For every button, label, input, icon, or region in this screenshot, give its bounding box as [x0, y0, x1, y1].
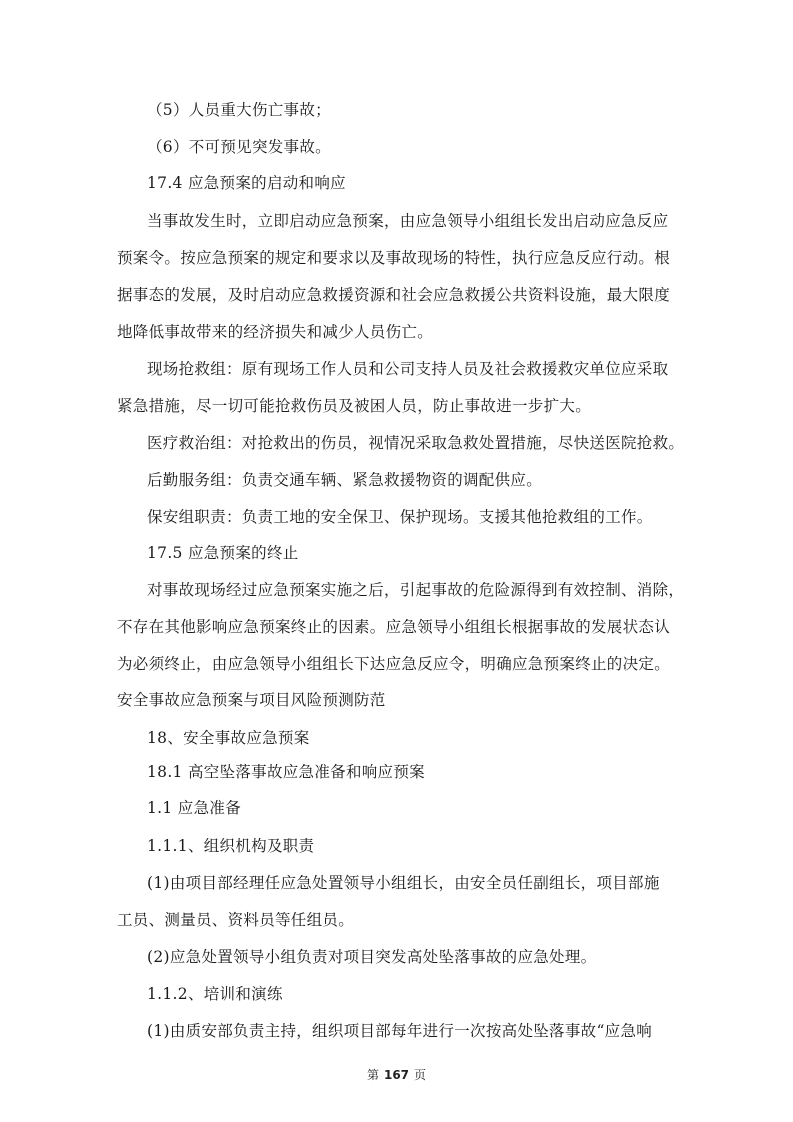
heading-1-1-2: 1.1.2、培训和演练 [147, 984, 283, 1004]
paragraph-line: (1)由质安部负责主持，组织项目部每年进行一次按高处坠落事故“应急响 [147, 1021, 652, 1041]
paragraph-line: 工员、测量员、资料员等任组员。 [117, 910, 354, 930]
page-footer: 第167页 [0, 1066, 793, 1083]
heading-18-1: 18.1 高空坠落事故应急准备和响应预案 [147, 762, 425, 782]
paragraph-line: (2)应急处置领导小组负责对项目突发高处坠落事故的应急处理。 [147, 947, 596, 967]
paragraph-line: 医疗救治组：对抢救出的伤员，视情况采取急救处置措施，尽快送医院抢救。 [147, 433, 684, 453]
heading-17-4: 17.4 应急预案的启动和响应 [147, 173, 346, 193]
paragraph-line: 地降低事故带来的经济损失和减少人员伤亡。 [117, 322, 433, 342]
paragraph-line: 对事故现场经过应急预案实施之后，引起事故的危险源得到有效控制、消除， [147, 580, 684, 600]
paragraph-line: 安全事故应急预案与项目风险预测防范 [117, 690, 386, 710]
paragraph-line: 当事故发生时，立即启动应急预案，由应急领导小组组长发出启动应急反应 [147, 211, 668, 231]
heading-1-1-1: 1.1.1、组织机构及职责 [147, 836, 314, 856]
heading-1-1: 1.1 应急准备 [147, 798, 241, 818]
line-1: （6）不可预见突发事故。 [147, 137, 331, 157]
paragraph-line: 后勤服务组：负责交通车辆、紧急救援物资的调配供应。 [147, 470, 542, 490]
page-number: 167 [384, 1068, 409, 1082]
paragraph-line: 预案令。按应急预案的规定和要求以及事故现场的特性，执行应急反应行动。根 [117, 248, 670, 268]
paragraph-line: 紧急措施，尽一切可能抢救伤员及被困人员，防止事故进一步扩大。 [117, 396, 591, 416]
footer-suffix: 页 [414, 1068, 426, 1082]
paragraph-line: 保安组职责：负责工地的安全保卫、保护现场。支援其他抢救组的工作。 [147, 507, 653, 527]
document-page: （5）人员重大伤亡事故； （6）不可预见突发事故。 17.4 应急预案的启动和响… [0, 0, 793, 1122]
paragraph-line: 据事态的发展，及时启动应急救援资源和社会应急救援公共资料设施，最大限度 [117, 285, 670, 305]
paragraph-line: 为必须终止，由应急领导小组组长下达应急反应令，明确应急预案终止的决定。 [117, 654, 670, 674]
heading-18: 18、安全事故应急预案 [147, 728, 310, 748]
footer-prefix: 第 [367, 1068, 379, 1082]
heading-17-5: 17.5 应急预案的终止 [147, 543, 299, 563]
paragraph-line: 现场抢救组：原有现场工作人员和公司支持人员及社会救援救灾单位应采取 [147, 359, 668, 379]
paragraph-line: 不存在其他影响应急预案终止的因素。应急领导小组组长根据事故的发展状态认 [117, 617, 670, 637]
paragraph-line: (1)由项目部经理任应急处置领导小组组长，由安全员任副组长，项目部施 [147, 873, 660, 893]
line-0: （5）人员重大伤亡事故； [147, 100, 331, 120]
